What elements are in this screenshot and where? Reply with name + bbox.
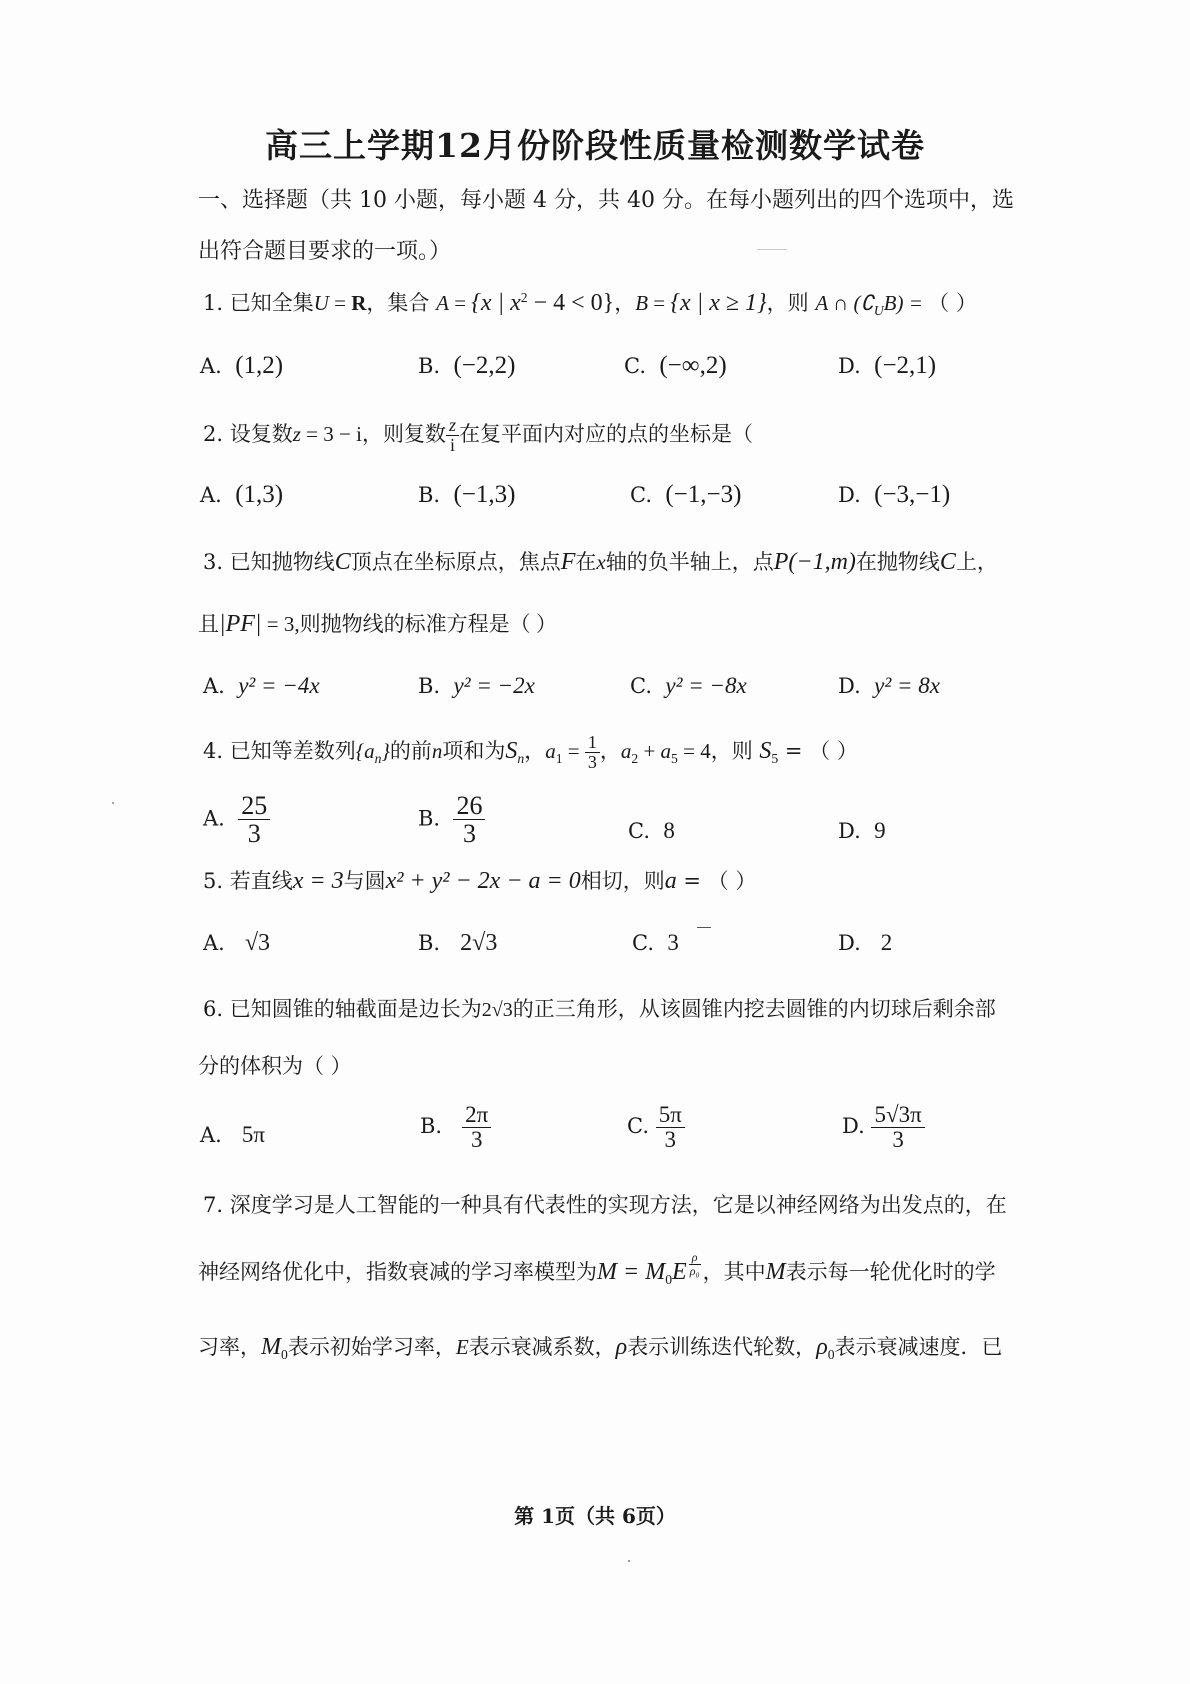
math: x = 3 (293, 868, 344, 894)
denominator: ρ₀ (687, 1265, 703, 1278)
math: {a (356, 739, 375, 763)
q4-option-a[interactable]: A. 253 (203, 792, 270, 848)
option-value: (−2,1) (874, 352, 936, 379)
math: A (436, 291, 449, 315)
question-2: 2. 设复数z = 3 − i，则复数zi在复平面内对应的点的坐标是（ (203, 416, 753, 455)
option-label: C. (627, 1114, 649, 1138)
math: 5 (671, 751, 678, 766)
math: M = M (597, 1259, 665, 1285)
q-text: ，则复数 (362, 422, 446, 446)
option-value: (−1,3) (453, 481, 515, 508)
math: U (314, 291, 329, 315)
q-text: 表示衰减速度．已 (835, 1335, 1003, 1359)
question-number: 6. (203, 997, 223, 1021)
numerator: 1 (585, 733, 600, 753)
q1-option-a[interactable]: A. (1,2) (200, 352, 283, 380)
option-value: 8 (663, 818, 675, 843)
q3-option-b[interactable]: B. y² = −2x (418, 673, 535, 699)
math: 0 (828, 1347, 835, 1362)
q-text: = 3,则抛物线的标准方程是（ ） (262, 612, 557, 636)
denominator: i (447, 436, 458, 455)
exam-page: 高三上学期12月份阶段性质量检测数学试卷 一、选择题（共 10 小题，每小题 4… (0, 0, 1190, 1684)
numerator: ρ (689, 1251, 701, 1265)
option-label: B. (418, 674, 440, 698)
option-label: C. (628, 819, 650, 843)
q-text: 的正三角形，从该圆锥内挖去圆锥的内切球后剩余部 (513, 997, 996, 1021)
q-text: 已知全集 (230, 291, 314, 315)
option-label: A. (203, 674, 225, 698)
q-text: 习率， (198, 1335, 261, 1359)
math: a (621, 739, 632, 763)
fraction: zi (446, 416, 459, 455)
fraction: 5√3π3 (871, 1103, 924, 1152)
q-text: 且 (198, 612, 219, 636)
section-heading-line1: 一、选择题（共 10 小题，每小题 4 分，共 40 分。在每小题列出的四个选项… (198, 183, 1014, 214)
fraction: 13 (585, 733, 600, 772)
option-label: D. (838, 354, 861, 378)
math: E (456, 1335, 469, 1359)
math: S (505, 738, 517, 764)
q1-option-d[interactable]: D. (−2,1) (838, 352, 936, 380)
q1-option-b[interactable]: B. (−2,2) (418, 352, 515, 380)
scan-speck (697, 927, 711, 928)
math: x² + y² − 2x − a = 0 (386, 868, 581, 894)
q-text: 深度学习是人工智能的一种具有代表性的实现方法，它是以神经网络为出发点的，在 (230, 1193, 1007, 1217)
q3-option-c[interactable]: C. y² = −8x (630, 673, 747, 699)
q-text: 轴的负半轴上，点 (606, 550, 774, 574)
option-label: B. (418, 931, 440, 955)
math: 0 (281, 1347, 288, 1362)
math: a (545, 739, 556, 763)
math: M (766, 1259, 786, 1285)
q-text: ，集合 (366, 291, 436, 315)
exam-title: 高三上学期12月份阶段性质量检测数学试卷 (0, 120, 1190, 167)
denominator: 3 (662, 1128, 680, 1152)
question-number: 7. (203, 1193, 223, 1217)
math: } (381, 739, 389, 763)
math: S (759, 738, 771, 764)
q-text: 上， (956, 550, 998, 574)
q6-option-c[interactable]: C. 5π3 (627, 1103, 685, 1152)
numerator: 5√3π (871, 1103, 924, 1128)
math: = (449, 291, 471, 315)
math: F (561, 549, 576, 575)
q6-option-b[interactable]: B. 2π3 (420, 1103, 491, 1152)
fraction: 2π3 (462, 1103, 491, 1152)
option-value: √3 (245, 930, 270, 956)
math: x (596, 550, 605, 574)
math: 1 (556, 751, 563, 766)
option-label: B. (418, 354, 440, 378)
question-7-line3: 习率，M0表示初始学习率，E表示衰减系数，ρ表示训练迭代轮数，ρ0表示衰减速度．… (198, 1331, 1003, 1363)
option-value: y² = 8x (874, 673, 940, 698)
scan-speck (757, 249, 787, 250)
q-text: 神经网络优化中，指数衰减的学习率模型为 (198, 1260, 597, 1284)
question-3-line1: 3. 已知抛物线C顶点在坐标原点，焦点F在x轴的负半轴上，点P(−1,m)在抛物… (203, 546, 998, 576)
option-label: A. (200, 354, 222, 378)
math: − 4 < 0} (528, 290, 615, 316)
scan-speck (628, 1560, 630, 1562)
q6-option-d[interactable]: D. 5√3π3 (842, 1103, 925, 1152)
option-value: (−1,−3) (665, 481, 741, 508)
q-text: = （ ） (778, 739, 858, 763)
option-label: D. (838, 819, 861, 843)
q-text: ， (524, 739, 545, 763)
q-text: 表示衰减系数， (469, 1335, 616, 1359)
q-text: 与圆 (344, 869, 386, 893)
question-number: 3. (203, 550, 223, 574)
numerator: 26 (453, 792, 485, 820)
q-text: 已知抛物线 (230, 550, 335, 574)
q-text: ，则 (767, 291, 816, 315)
option-label: B. (420, 1114, 442, 1138)
option-label: A. (203, 931, 225, 955)
option-label: A. (200, 1123, 222, 1147)
q2-option-b[interactable]: B. (−1,3) (418, 481, 515, 509)
option-label: B. (418, 483, 440, 507)
math: ρ (616, 1334, 628, 1360)
q6-option-a[interactable]: A. 5π (200, 1122, 265, 1148)
option-value: y² = −2x (453, 673, 534, 698)
math: + (638, 739, 660, 763)
option-label: A. (200, 483, 222, 507)
math: C (335, 549, 351, 575)
option-label: C. (630, 674, 652, 698)
math: R (351, 291, 366, 315)
question-4: 4. 已知等差数列{an}的前n项和为Sn，a1 = 13，a2 + a5 = … (203, 733, 858, 772)
q-text: 已知等差数列 (230, 739, 356, 763)
option-label: A. (203, 806, 225, 830)
math: z (293, 422, 301, 446)
denominator: 3 (245, 820, 264, 847)
math: U (874, 303, 884, 318)
q4-option-d[interactable]: D. 9 (838, 818, 886, 844)
option-value: 2 (881, 930, 893, 955)
q-text: 在复平面内对应的点的坐标是（ (459, 422, 753, 446)
scan-speck (112, 802, 114, 804)
numerator: 2π (462, 1103, 491, 1128)
q5-option-c[interactable]: C. 3 (632, 930, 679, 956)
numerator: z (446, 416, 459, 436)
q5-option-b[interactable]: B. 2√3 (418, 930, 497, 957)
q-text: 相切，则 (581, 869, 665, 893)
q-text: 设复数 (230, 422, 293, 446)
math: A ∩ (∁ (815, 291, 873, 315)
math: = (329, 291, 351, 315)
math: 2√3 (482, 999, 513, 1021)
option-label: C. (632, 931, 654, 955)
math: n (432, 739, 443, 763)
page-footer: 第 1页（共 6页） (0, 1500, 1190, 1529)
option-value: (−3,−1) (874, 481, 950, 508)
q-text: 项和为 (442, 739, 505, 763)
q-text: ， (614, 291, 635, 315)
q-text: ，其中 (703, 1260, 766, 1284)
question-number: 1. (203, 291, 223, 315)
math: a (665, 868, 677, 894)
question-6-line2: 分的体积为（ ） (198, 1050, 352, 1080)
q4-option-b[interactable]: B. 263 (418, 792, 485, 848)
denominator: 3 (889, 1128, 907, 1152)
math: B (635, 291, 648, 315)
option-value: 2√3 (460, 930, 497, 956)
option-value: 5π (242, 1122, 265, 1147)
q5-option-d[interactable]: D. 2 (838, 930, 892, 956)
q-text: 在 (575, 550, 596, 574)
option-label: D. (838, 674, 861, 698)
option-label: C. (624, 354, 646, 378)
q-text: ， (600, 739, 621, 763)
math: = 4 (678, 739, 711, 763)
q-text: （ ） (928, 291, 977, 315)
question-number: 4. (203, 739, 223, 763)
fraction: 263 (453, 792, 485, 848)
option-value: (−∞,2) (659, 352, 726, 379)
option-label: D. (838, 483, 861, 507)
math: = (563, 739, 585, 763)
q2-option-c[interactable]: C. (−1,−3) (630, 481, 741, 509)
q3-option-d[interactable]: D. y² = 8x (838, 673, 940, 699)
math: B) = (884, 291, 929, 315)
math: |PF| (219, 611, 262, 637)
fraction: 253 (238, 792, 270, 848)
q2-option-d[interactable]: D. (−3,−1) (838, 481, 950, 509)
denominator: 3 (585, 753, 600, 772)
question-7-line2: 神经网络优化中，指数衰减的学习率模型为M = M0Eρρ₀，其中M表示每一轮优化… (198, 1251, 996, 1288)
option-label: D. (838, 931, 861, 955)
numerator: 25 (238, 792, 270, 820)
q1-option-c[interactable]: C. (−∞,2) (624, 352, 727, 380)
q5-option-a[interactable]: A. √3 (203, 930, 270, 957)
q-text: 在抛物线 (856, 550, 940, 574)
question-1: 1. 已知全集U = R，集合 A = {x | x2 − 4 < 0}，B =… (203, 287, 977, 319)
math: = 3 − i (301, 422, 362, 446)
option-value: (1,2) (235, 352, 283, 379)
math: a (661, 739, 672, 763)
option-label: C. (630, 483, 652, 507)
section-heading-line2: 出符合题目要求的一项。） (198, 234, 451, 265)
exponent-fraction: ρρ₀ (687, 1251, 703, 1277)
q-text: 若直线 (230, 869, 293, 893)
math: P(−1,m) (774, 549, 856, 575)
option-value: y² = −8x (665, 673, 746, 698)
option-value: (1,3) (235, 481, 283, 508)
q-text: 已知圆锥的轴截面是边长为 (230, 997, 482, 1021)
option-value: y² = −4x (238, 673, 319, 698)
option-value: (−2,2) (453, 352, 515, 379)
q3-option-a[interactable]: A. y² = −4x (203, 673, 320, 699)
q2-option-a[interactable]: A. (1,3) (200, 481, 283, 509)
question-6-line1: 6. 已知圆锥的轴截面是边长为2√3的正三角形，从该圆锥内挖去圆锥的内切球后剩余… (203, 993, 996, 1023)
q-text: = （ ） (677, 869, 757, 893)
numerator: 5π (656, 1103, 685, 1128)
option-value: 3 (667, 930, 679, 955)
q-text: 表示训练迭代轮数， (627, 1335, 816, 1359)
question-5: 5. 若直线x = 3与圆x² + y² − 2x − a = 0相切，则a =… (203, 865, 756, 895)
math: {x | x ≥ 1} (670, 290, 766, 316)
question-number: 2. (203, 422, 223, 446)
option-label: B. (418, 806, 440, 830)
q-text: 表示每一轮优化时的学 (786, 1260, 996, 1284)
math: = (648, 291, 670, 315)
question-7-line1: 7. 深度学习是人工智能的一种具有代表性的实现方法，它是以神经网络为出发点的，在 (203, 1189, 1007, 1219)
math: 2 (521, 290, 528, 305)
q-text: 顶点在坐标原点，焦点 (351, 550, 561, 574)
math: M (261, 1334, 281, 1360)
q-text: 表示初始学习率， (288, 1335, 456, 1359)
option-label: D. (842, 1114, 865, 1138)
question-3-line2: 且|PF| = 3,则抛物线的标准方程是（ ） (198, 608, 557, 638)
math: C (940, 549, 956, 575)
q-text: ，则 (711, 739, 760, 763)
option-value: 9 (874, 818, 886, 843)
math: E (672, 1259, 687, 1285)
fraction: 5π3 (656, 1103, 685, 1152)
question-number: 5. (203, 869, 223, 893)
q4-option-c[interactable]: C. 8 (628, 818, 675, 844)
math: 0 (665, 1272, 672, 1287)
math: {x | x (471, 290, 521, 316)
denominator: 3 (460, 820, 479, 847)
math: ρ (816, 1334, 828, 1360)
q-text: 的前 (390, 739, 432, 763)
denominator: 3 (468, 1128, 486, 1152)
